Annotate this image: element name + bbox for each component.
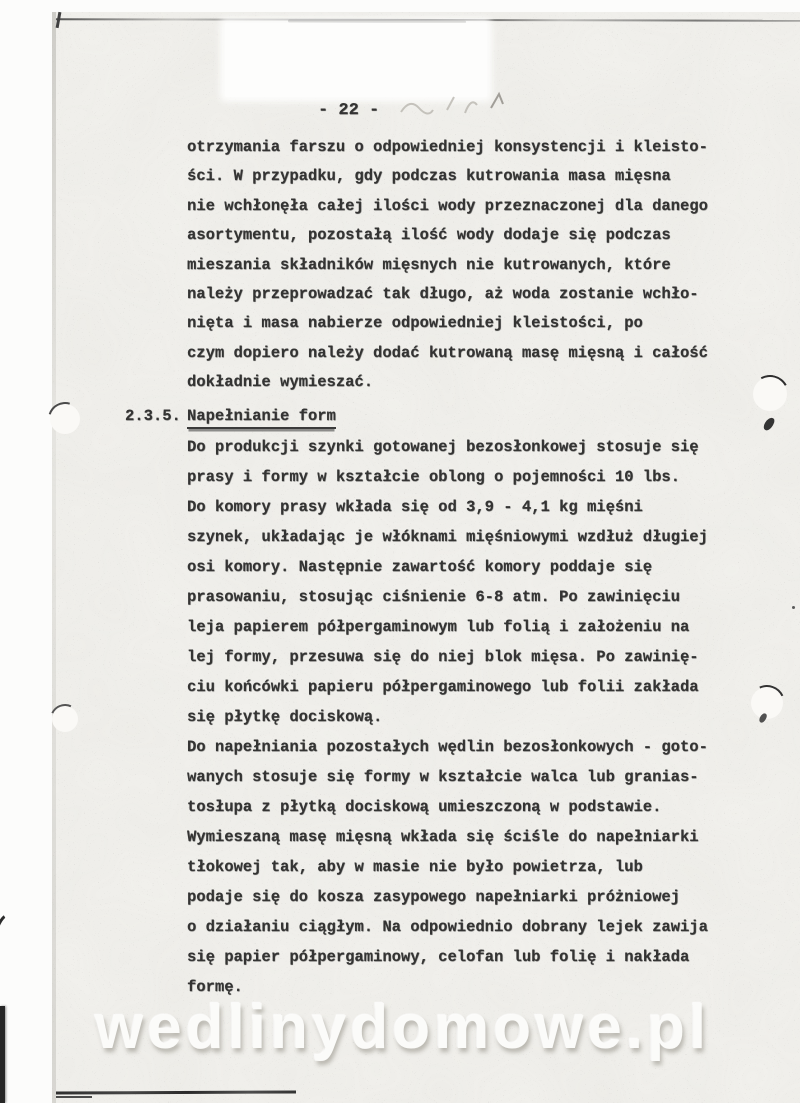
text-line: ciu końcówki papieru półpergaminowego lu… bbox=[187, 672, 708, 702]
text-line: nie wchłonęła całej ilości wody przeznac… bbox=[187, 192, 708, 221]
text-line: o działaniu ciągłym. Na odpowiednio dobr… bbox=[187, 912, 708, 942]
text-line: Wymieszaną masę mięsną wkłada się ściśle… bbox=[187, 822, 708, 852]
scanned-document-page: - 22 - otrzymania farszu o odpowiedniej … bbox=[0, 0, 800, 1103]
section-number: 2.3.5. bbox=[125, 407, 181, 425]
scan-edge-bar-bottom-left bbox=[0, 1006, 5, 1103]
text-line: otrzymania farszu o odpowiedniej konsyst… bbox=[187, 133, 708, 162]
section-title: Napełnianie form bbox=[187, 407, 336, 429]
text-line: dokładnie wymieszać. bbox=[187, 368, 708, 397]
watermark: wedlinydomowe.pl bbox=[95, 997, 710, 1059]
punch-hole-left-bottom bbox=[52, 706, 78, 732]
edge-curl-mark bbox=[0, 910, 24, 957]
text-line: należy przeprowadzać tak długo, aż woda … bbox=[187, 280, 708, 309]
punch-hole-left-top bbox=[50, 404, 80, 434]
page-number: - 22 - bbox=[318, 101, 379, 120]
text-line: prasowaniu, stosując ciśnienie 6-8 atm. … bbox=[187, 582, 708, 612]
text-line: Do komory prasy wkłada się od 3,9 - 4,1 … bbox=[187, 492, 708, 522]
section-body-paragraph: Do produkcji szynki gotowanej bezosłonko… bbox=[187, 432, 708, 1002]
speck-right-edge bbox=[792, 606, 795, 609]
text-line: tosłupa z płytką dociskową umieszczoną w… bbox=[187, 792, 708, 822]
text-line: leja papierem półpergaminowym lub folią … bbox=[187, 612, 708, 642]
intro-paragraph: otrzymania farszu o odpowiedniej konsyst… bbox=[187, 133, 708, 398]
text-line: prasy i formy w kształcie oblong o pojem… bbox=[187, 462, 708, 492]
text-line: podaje się do kosza zasypowego napełniar… bbox=[187, 882, 708, 912]
tear-mark-right-top bbox=[753, 377, 787, 411]
text-line: wanych stosuje się formy w kształcie wal… bbox=[187, 762, 708, 792]
text-line: tłokowej tak, aby w masie nie było powie… bbox=[187, 852, 708, 882]
text-line: czym dopiero należy dodać kutrowaną masę… bbox=[187, 339, 708, 368]
text-line: się płytkę dociskową. bbox=[187, 702, 708, 732]
text-line: osi komory. Następnie zawartość komory p… bbox=[187, 552, 708, 582]
text-line: Do produkcji szynki gotowanej bezosłonko… bbox=[187, 432, 708, 462]
text-line: asortymentu, pozostałą ilość wody dodaje… bbox=[187, 221, 708, 250]
faint-pencil-scribble bbox=[395, 86, 525, 122]
paper-left-edge-shadow bbox=[52, 12, 56, 1103]
text-line: mieszania składników mięsnych nie kutrow… bbox=[187, 251, 708, 280]
text-line: Do napełniania pozostałych wędlin bezosł… bbox=[187, 732, 708, 762]
text-line: się papier półpergaminowy, celofan lub f… bbox=[187, 942, 708, 972]
text-line: ści. W przypadku, gdy podczas kutrowania… bbox=[187, 162, 708, 191]
text-line: nięta i masa nabierze odpowiedniej kleis… bbox=[187, 309, 708, 338]
text-line: lej formy, przesuwa się do niej blok mię… bbox=[187, 642, 708, 672]
text-line: szynek, układając je włóknami mięśniowym… bbox=[187, 522, 708, 552]
bottom-scan-line-short bbox=[56, 1096, 92, 1098]
